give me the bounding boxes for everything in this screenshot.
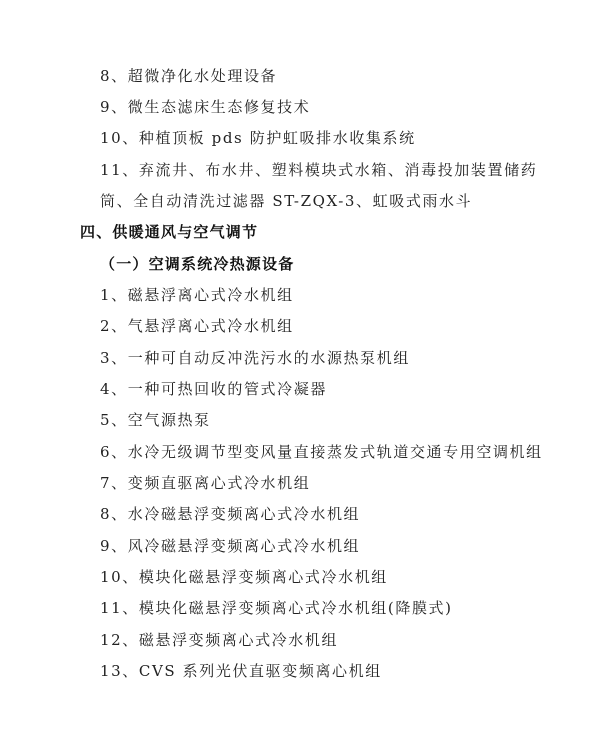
list-item: 4、一种可热回收的管式冷凝器: [100, 379, 327, 399]
list-item: 12、磁悬浮变频离心式冷水机组: [100, 630, 338, 650]
list-item: 11、弃流井、布水井、塑料模块式水箱、消毒投加装置储药: [100, 160, 537, 180]
list-item: 3、一种可自动反冲洗污水的水源热泵机组: [100, 348, 410, 368]
list-item: 1、磁悬浮离心式冷水机组: [100, 285, 294, 305]
list-item: 8、超微净化水处理设备: [100, 66, 277, 86]
list-item: 2、气悬浮离心式冷水机组: [100, 316, 294, 336]
subsection-heading: （一）空调系统冷热源设备: [100, 254, 294, 274]
list-item: 9、风冷磁悬浮变频离心式冷水机组: [100, 536, 360, 556]
list-item: 10、种植顶板 pds 防护虹吸排水收集系统: [100, 128, 416, 148]
list-item: 9、微生态滤床生态修复技术: [100, 97, 310, 117]
list-item-continuation: 筒、全自动清洗过滤器 ST-ZQX-3、虹吸式雨水斗: [100, 191, 472, 211]
section-heading: 四、供暖通风与空气调节: [80, 222, 258, 242]
list-item: 7、变频直驱离心式冷水机组: [100, 473, 310, 493]
document-page: 8、超微净化水处理设备 9、微生态滤床生态修复技术 10、种植顶板 pds 防护…: [0, 0, 592, 738]
list-item: 8、水冷磁悬浮变频离心式冷水机组: [100, 504, 360, 524]
list-item: 5、空气源热泵: [100, 410, 211, 430]
list-item: 6、水冷无级调节型变风量直接蒸发式轨道交通专用空调机组: [100, 442, 543, 462]
list-item: 13、CVS 系列光伏直驱变频离心机组: [100, 661, 382, 681]
list-item: 10、模块化磁悬浮变频离心式冷水机组: [100, 567, 388, 587]
list-item: 11、模块化磁悬浮变频离心式冷水机组(降膜式): [100, 598, 453, 618]
